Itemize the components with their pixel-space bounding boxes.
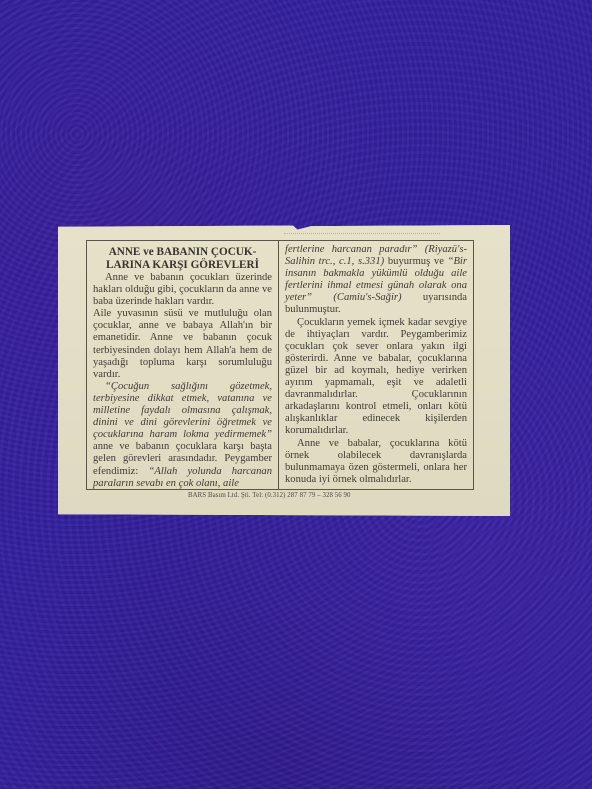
article-title: ANNE ve BABANIN ÇOCUK- LARINA KARŞI GÖRE…	[93, 246, 272, 271]
paragraph: “Çocuğun sağlığını gözetmek, terbiyesine…	[93, 381, 272, 490]
left-column: ANNE ve BABANIN ÇOCUK- LARINA KARŞI GÖRE…	[87, 241, 279, 489]
text: buyurmuş ve	[384, 256, 447, 267]
newspaper-clipping: ANNE ve BABANIN ÇOCUK- LARINA KARŞI GÖRE…	[58, 225, 510, 516]
italic-quote: “Çocuğun sağlığını gözetmek, terbiyesine…	[93, 381, 272, 440]
article-frame: ANNE ve BABANIN ÇOCUK- LARINA KARŞI GÖRE…	[86, 240, 474, 490]
paragraph: Anne ve babanın çocukları üzerinde hakla…	[93, 272, 272, 308]
paragraph: fertlerine harcanan paradır” (Riyazü's-S…	[285, 244, 467, 317]
right-column: fertlerine harcanan paradır” (Riyazü's-S…	[279, 241, 473, 489]
paragraph: Aile yuvasının süsü ve mutluluğu olan ço…	[93, 308, 272, 381]
dotted-line	[284, 233, 440, 234]
title-line-2: LARINA KARŞI GÖREVLERİ	[93, 259, 272, 272]
printer-footer: BARS Basım Ltd. Şti. Tel: (0.312) 287 87…	[188, 492, 351, 499]
paragraph: Çocukların yemek içmek kadar sevgiye de …	[285, 317, 467, 438]
paragraph: Anne ve babalar, çocuklarına kötü örnek …	[285, 438, 467, 486]
title-line-1: ANNE ve BABANIN ÇOCUK-	[93, 246, 272, 259]
